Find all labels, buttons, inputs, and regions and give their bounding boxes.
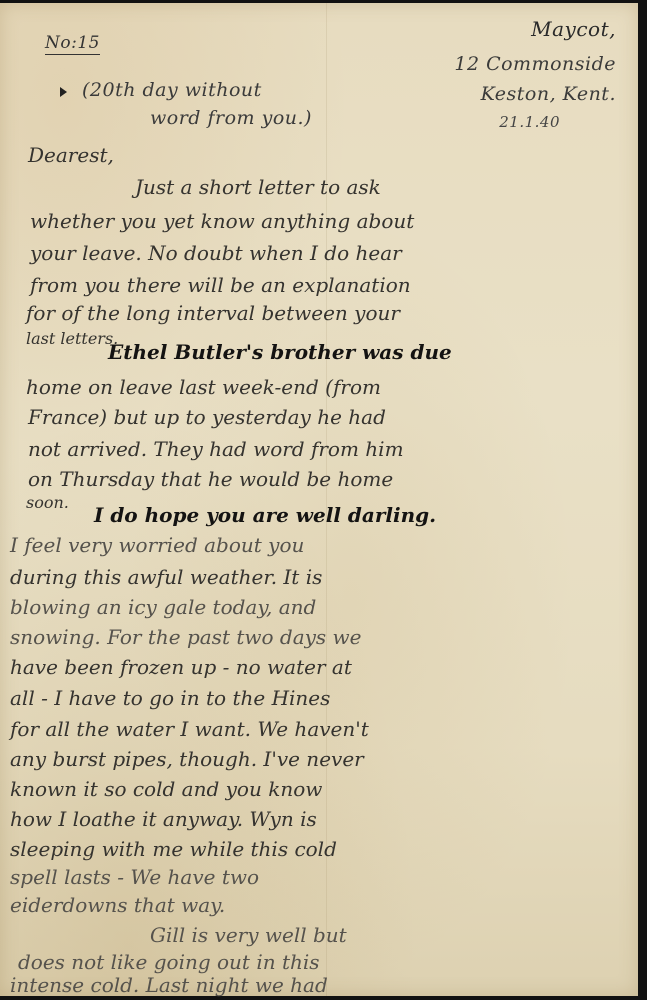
body-line: eiderdowns that way. — [10, 893, 225, 917]
body-line: Ethel Butler's brother was due — [108, 340, 452, 364]
body-line: Dearest, — [28, 143, 114, 167]
body-line: all - I have to go in to the Hines — [10, 686, 330, 710]
body-line: whether you yet know anything about — [30, 209, 414, 233]
body-line: for all the water I want. We haven't — [10, 717, 369, 741]
body-line: from you there will be an explanation — [30, 273, 411, 297]
body-line: snowing. For the past two days we — [10, 625, 362, 649]
note-line-2: word from you.) — [150, 107, 312, 129]
body-line: I do hope you are well darling. — [94, 503, 436, 527]
body-line: your leave. No doubt when I do hear — [30, 241, 402, 265]
letter-number: No:15 — [45, 33, 100, 55]
body-line: on Thursday that he would be home — [28, 467, 393, 491]
body-line: any burst pipes, though. I've never — [10, 747, 364, 771]
body-line: spell lasts - We have two — [10, 865, 259, 889]
address-house: Maycot, — [531, 17, 616, 41]
letter-page: No:15 Maycot, 12 Commonside Keston, Kent… — [0, 3, 638, 996]
address-street: 12 Commonside — [454, 53, 616, 75]
body-line: not arrived. They had word from him — [28, 437, 404, 461]
body-line: sleeping with me while this cold — [10, 837, 337, 861]
body-line: Gill is very well but — [150, 923, 347, 947]
body-line: soon. — [26, 493, 69, 512]
body-line: France) but up to yesterday he had — [28, 405, 386, 429]
body-line: does not like going out in this — [18, 950, 320, 974]
body-line: during this awful weather. It is — [10, 565, 322, 589]
body-line: Just a short letter to ask — [135, 175, 381, 199]
body-line: have been frozen up - no water at — [10, 655, 352, 679]
letter-date: 21.1.40 — [499, 113, 560, 131]
body-line: I feel very worried about you — [10, 533, 304, 557]
margin-mark-icon — [60, 87, 67, 97]
note-line-1: (20th day without — [82, 79, 262, 101]
body-line: known it so cold and you know — [10, 777, 322, 801]
body-line: how I loathe it anyway. Wyn is — [10, 807, 317, 831]
body-line: last letters. — [26, 329, 118, 348]
body-line: blowing an icy gale today, and — [10, 595, 316, 619]
body-line: intense cold. Last night we had — [10, 973, 328, 997]
address-town: Keston, Kent. — [481, 83, 616, 105]
body-line: for of the long interval between your — [26, 301, 400, 325]
body-line: home on leave last week-end (from — [26, 375, 381, 399]
